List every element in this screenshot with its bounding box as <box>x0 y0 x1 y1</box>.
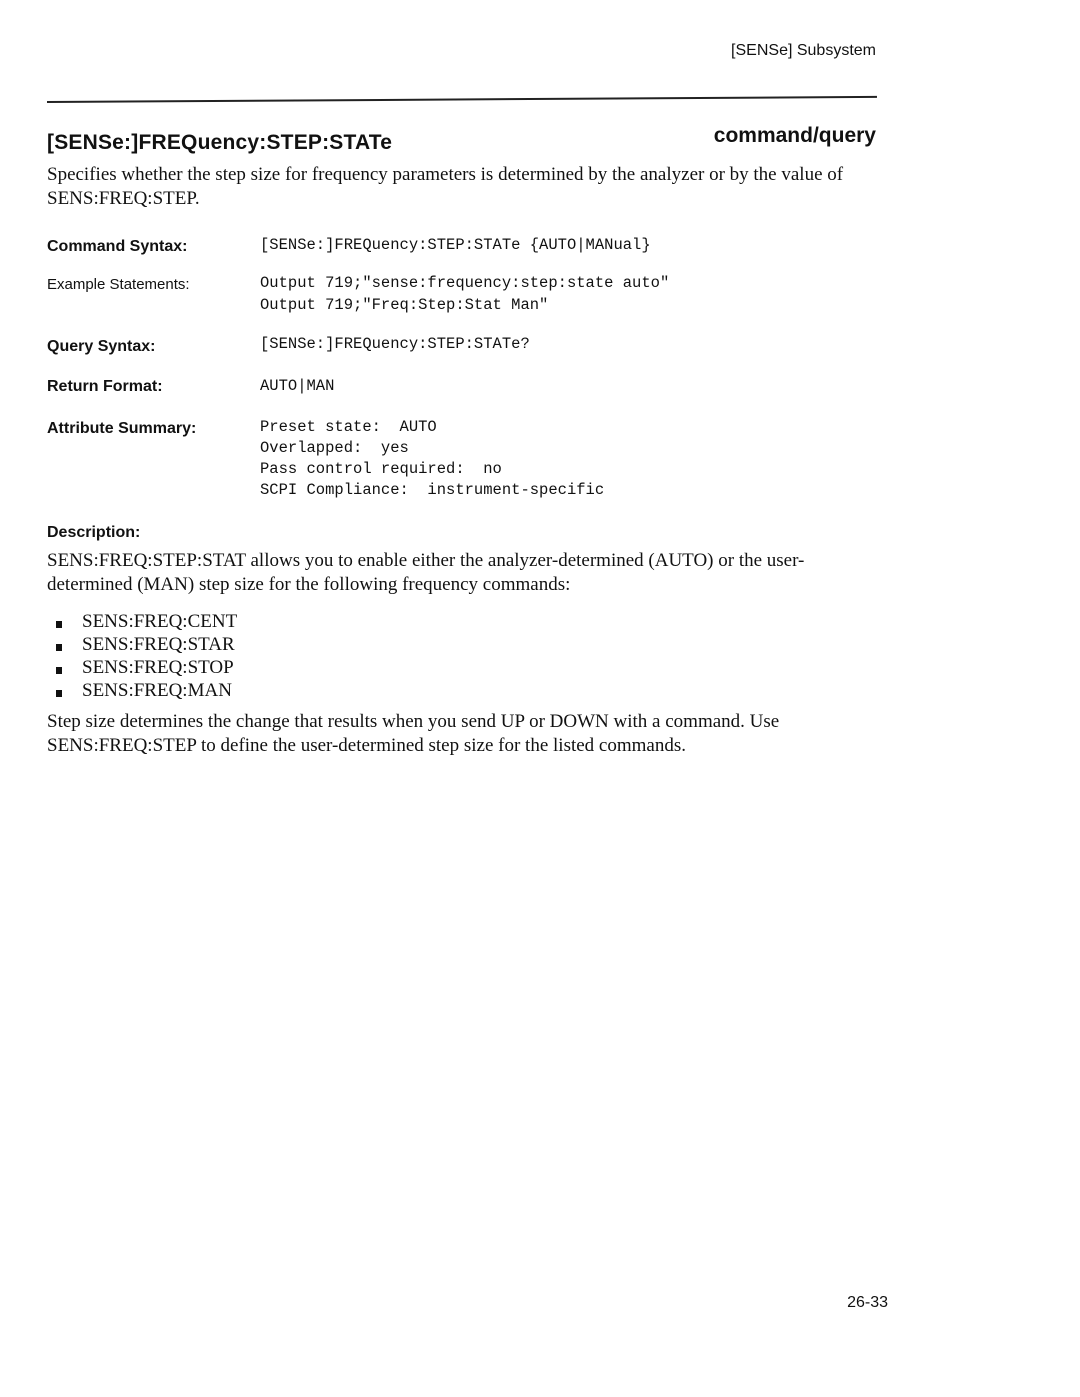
list-item: SENS:FREQ:STOP <box>56 656 237 679</box>
bullet-square-icon <box>56 644 62 651</box>
command-syntax-label: Command Syntax: <box>47 238 187 256</box>
query-syntax-value: [SENSe:]FREQuency:STEP:STATe? <box>260 334 530 355</box>
page-number: 26-33 <box>820 1294 888 1312</box>
bullet-square-icon <box>56 621 62 628</box>
command-title: [SENSe:]FREQuency:STEP:STATe <box>47 131 392 155</box>
command-type: command/query <box>700 124 876 148</box>
example-statement-1: Output 719;"sense:frequency:step:state a… <box>260 273 669 294</box>
attribute-preset-state: Preset state: AUTO <box>260 417 437 438</box>
command-syntax-value: [SENSe:]FREQuency:STEP:STATe {AUTO|MANua… <box>260 235 651 256</box>
attribute-scpi-compliance: SCPI Compliance: instrument-specific <box>260 480 604 501</box>
description-paragraph-1: SENS:FREQ:STEP:STAT allows you to enable… <box>47 549 847 597</box>
example-statement-2: Output 719;"Freq:Step:Stat Man" <box>260 295 548 316</box>
description-paragraph-2: Step size determines the change that res… <box>47 710 867 758</box>
list-item: SENS:FREQ:MAN <box>56 679 237 702</box>
query-syntax-label: Query Syntax: <box>47 338 155 356</box>
list-item: SENS:FREQ:STAR <box>56 633 237 656</box>
running-head: [SENSe] Subsystem <box>700 42 876 60</box>
attribute-pass-control: Pass control required: no <box>260 459 502 480</box>
example-statements-label: Example Statements: <box>47 276 190 293</box>
bullet-square-icon <box>56 690 62 697</box>
description-heading: Description: <box>47 524 140 542</box>
section-divider <box>47 96 877 103</box>
attribute-overlapped: Overlapped: yes <box>260 438 409 459</box>
bullet-square-icon <box>56 667 62 674</box>
command-list: SENS:FREQ:CENT SENS:FREQ:STAR SENS:FREQ:… <box>56 610 237 702</box>
attribute-summary-label: Attribute Summary: <box>47 420 196 438</box>
list-item: SENS:FREQ:CENT <box>56 610 237 633</box>
return-format-value: AUTO|MAN <box>260 376 334 397</box>
return-format-label: Return Format: <box>47 378 163 396</box>
intro-paragraph: Specifies whether the step size for freq… <box>47 163 847 211</box>
